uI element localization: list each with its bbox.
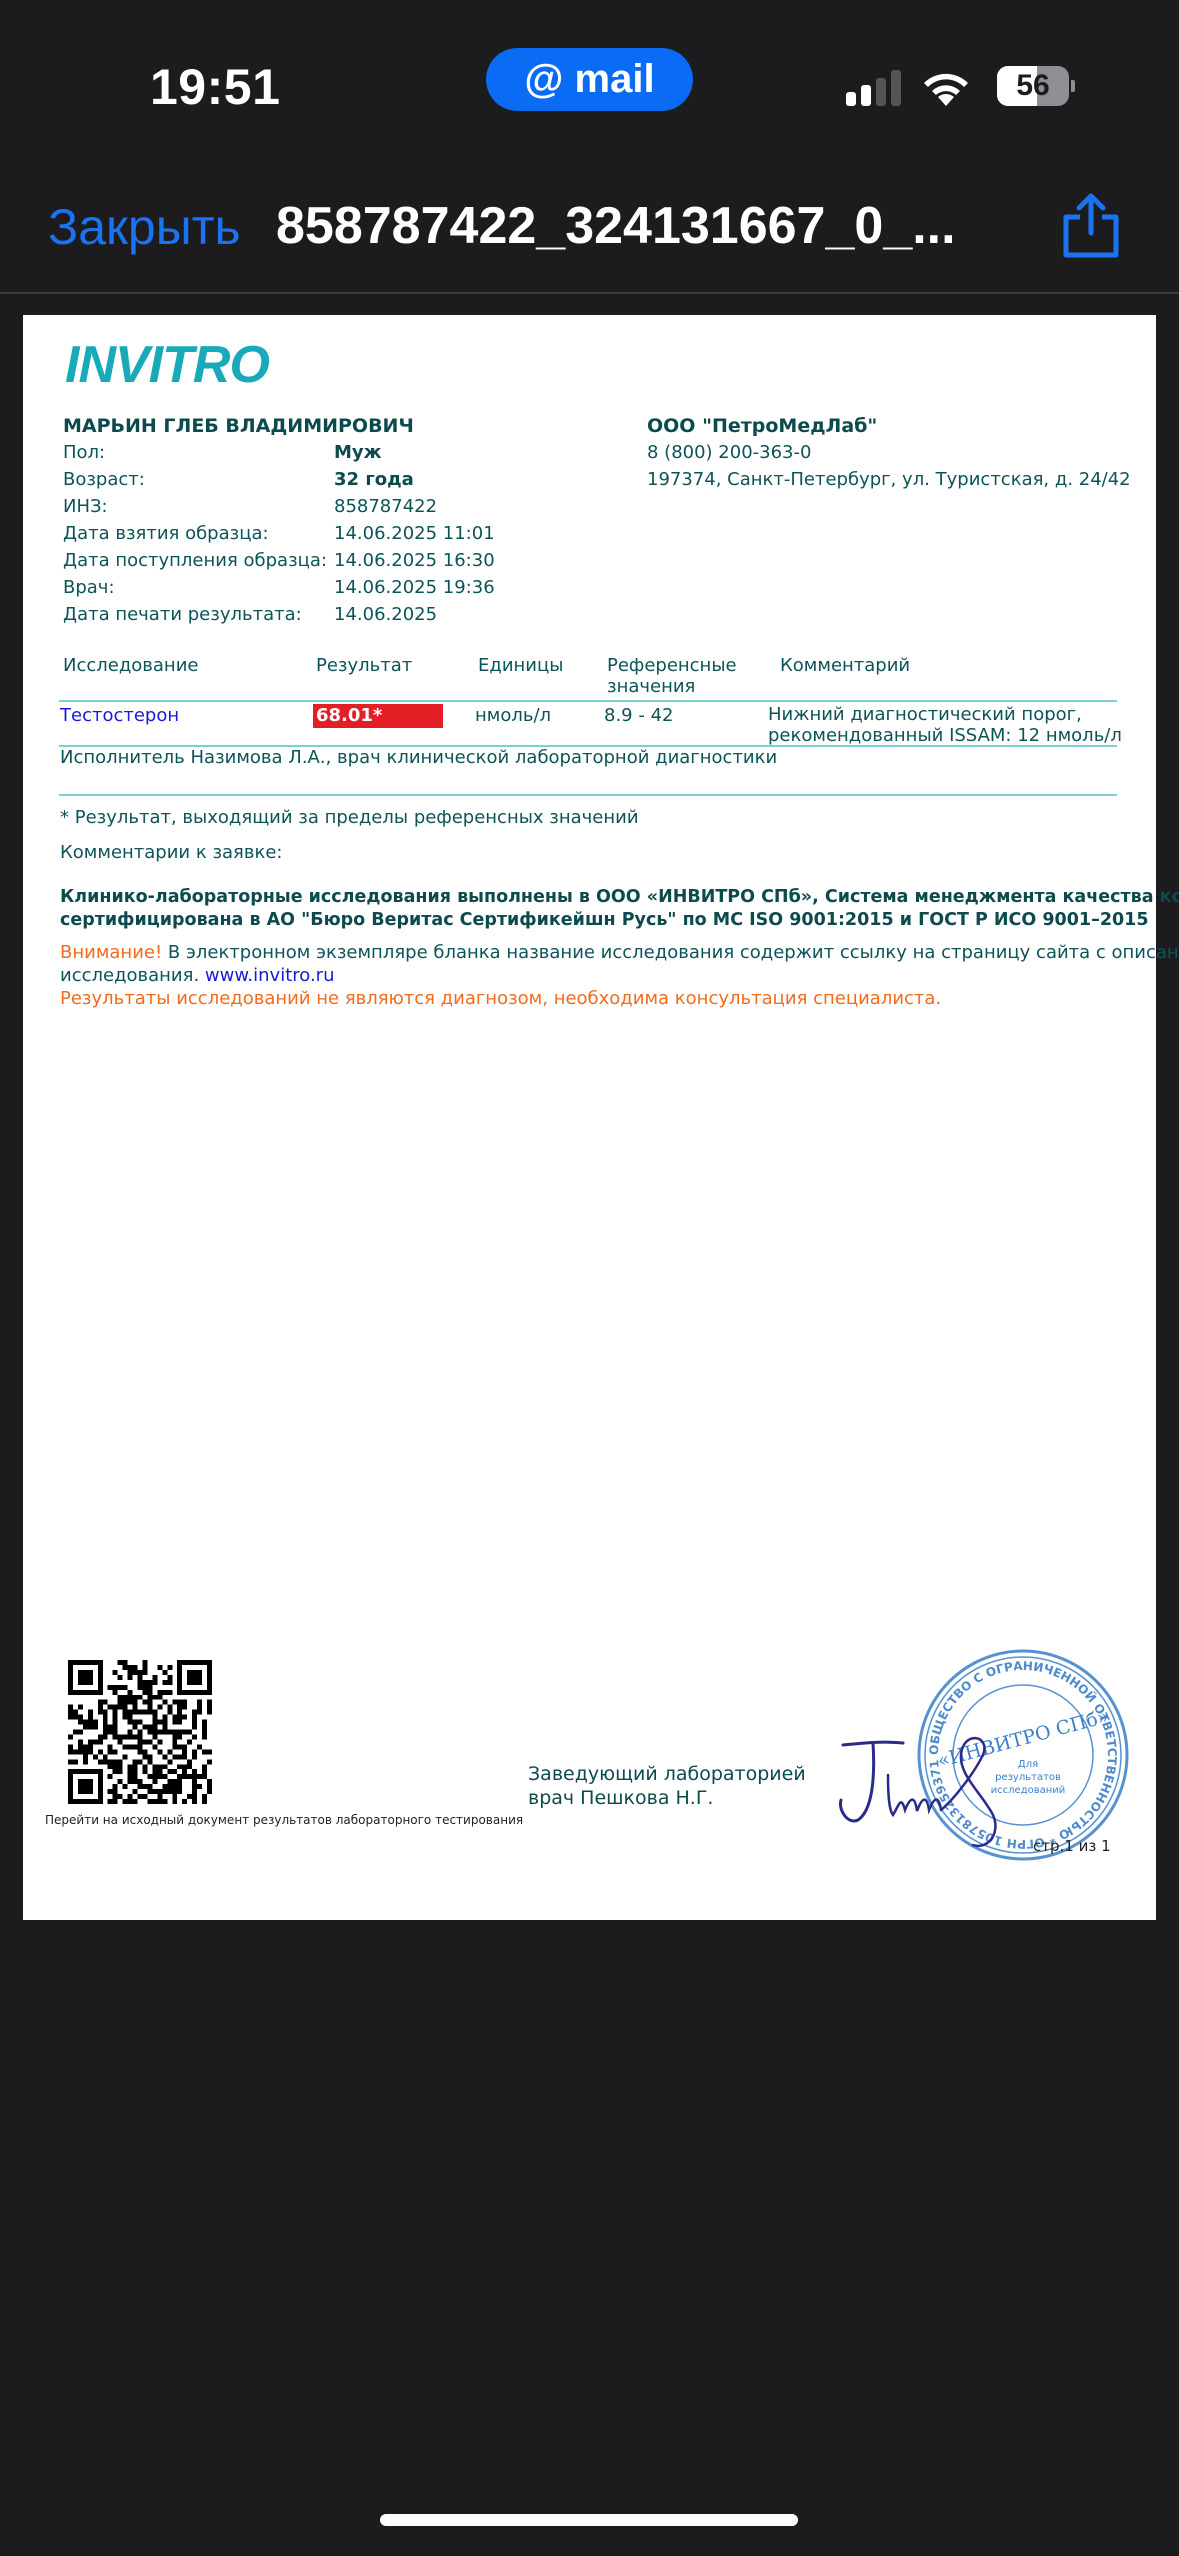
- reference-range: 8.9 - 42: [604, 705, 673, 726]
- header-test: Исследование: [63, 655, 198, 676]
- patient-field-label: ИНЗ:: [63, 496, 108, 517]
- result-comment: Нижний диагностический порог, рекомендов…: [768, 704, 1122, 746]
- patient-field-label: Дата печати результата:: [63, 604, 302, 625]
- website-link[interactable]: www.invitro.ru: [205, 965, 335, 986]
- header-reference: Референсные значения: [607, 655, 737, 697]
- pdf-page: INVITRO МАРЬИН ГЛЕБ ВЛАДИМИРОВИЧ Пол:Муж…: [23, 315, 1156, 1920]
- performer: Исполнитель Назимова Л.А., врач клиничес…: [60, 747, 777, 768]
- header-comment: Комментарий: [780, 655, 910, 676]
- order-comments-label: Комментарии к заявке:: [60, 842, 283, 863]
- result-units: нмоль/л: [475, 705, 551, 726]
- wifi-icon: [920, 66, 972, 108]
- patient-field-value: 32 года: [334, 469, 414, 490]
- share-icon[interactable]: [1060, 193, 1122, 259]
- patient-field-value: Муж: [334, 442, 382, 463]
- patient-field-label: Дата взятия образца:: [63, 523, 269, 544]
- signer: Заведующий лабораторией врач Пешкова Н.Г…: [528, 1762, 806, 1810]
- attention-notice: Внимание! В электронном экземпляре бланк…: [60, 942, 1179, 963]
- patient-field-value: 14.06.2025 19:36: [334, 577, 495, 598]
- document-title: 858787422_324131667_0_...: [276, 196, 956, 256]
- footnote: * Результат, выходящий за пределы рефере…: [60, 807, 639, 828]
- attention-notice-line-2: исследования. www.invitro.ru: [60, 965, 335, 986]
- disclaimer: Результаты исследований не являются диаг…: [60, 988, 941, 1009]
- battery-level: 56: [997, 66, 1069, 106]
- lab-address: 197374, Санкт-Петербург, ул. Туристская,…: [647, 469, 1131, 490]
- patient-field-label: Возраст:: [63, 469, 145, 490]
- header-result: Результат: [316, 655, 412, 676]
- patient-field-label: Дата поступления образца:: [63, 550, 327, 571]
- page-number: стр.1 из 1: [1033, 1837, 1111, 1855]
- patient-field-value: 858787422: [334, 496, 437, 517]
- patient-field-value: 14.06.2025 11:01: [334, 523, 495, 544]
- certification-line-1: Клинико-лабораторные исследования выполн…: [60, 886, 1179, 909]
- status-time: 19:51: [150, 58, 280, 116]
- certification-line-2: сертифицирована в АО "Бюро Веритас Серти…: [60, 909, 1149, 932]
- lab-name: ООО "ПетроМедЛаб": [647, 415, 877, 437]
- patient-field-value: 14.06.2025 16:30: [334, 550, 495, 571]
- patient-field-value: 14.06.2025: [334, 604, 437, 625]
- table-rule: [59, 700, 1117, 702]
- nav-divider: [0, 292, 1179, 294]
- qr-code[interactable]: [68, 1660, 212, 1804]
- patient-field-label: Пол:: [63, 442, 105, 463]
- qr-caption: Перейти на исходный документ результатов…: [45, 1812, 235, 1828]
- result-value-flagged: 68.01*: [313, 704, 443, 728]
- signature: [823, 1715, 1023, 1855]
- test-link-testosterone[interactable]: Тестостерон: [60, 705, 179, 726]
- table-rule: [59, 794, 1117, 796]
- lab-phone: 8 (800) 200-363-0: [647, 442, 811, 463]
- patient-name: МАРЬИН ГЛЕБ ВЛАДИМИРОВИЧ: [63, 415, 414, 437]
- home-indicator[interactable]: [380, 2514, 798, 2526]
- close-button[interactable]: Закрыть: [48, 198, 241, 256]
- battery-icon: 56: [997, 66, 1075, 106]
- header-units: Единицы: [478, 655, 563, 676]
- cellular-signal-icon: [846, 70, 902, 106]
- patient-field-label: Врач:: [63, 577, 115, 598]
- mail-app-pill[interactable]: @ mail: [486, 48, 693, 111]
- invitro-logo: INVITRO: [65, 335, 269, 395]
